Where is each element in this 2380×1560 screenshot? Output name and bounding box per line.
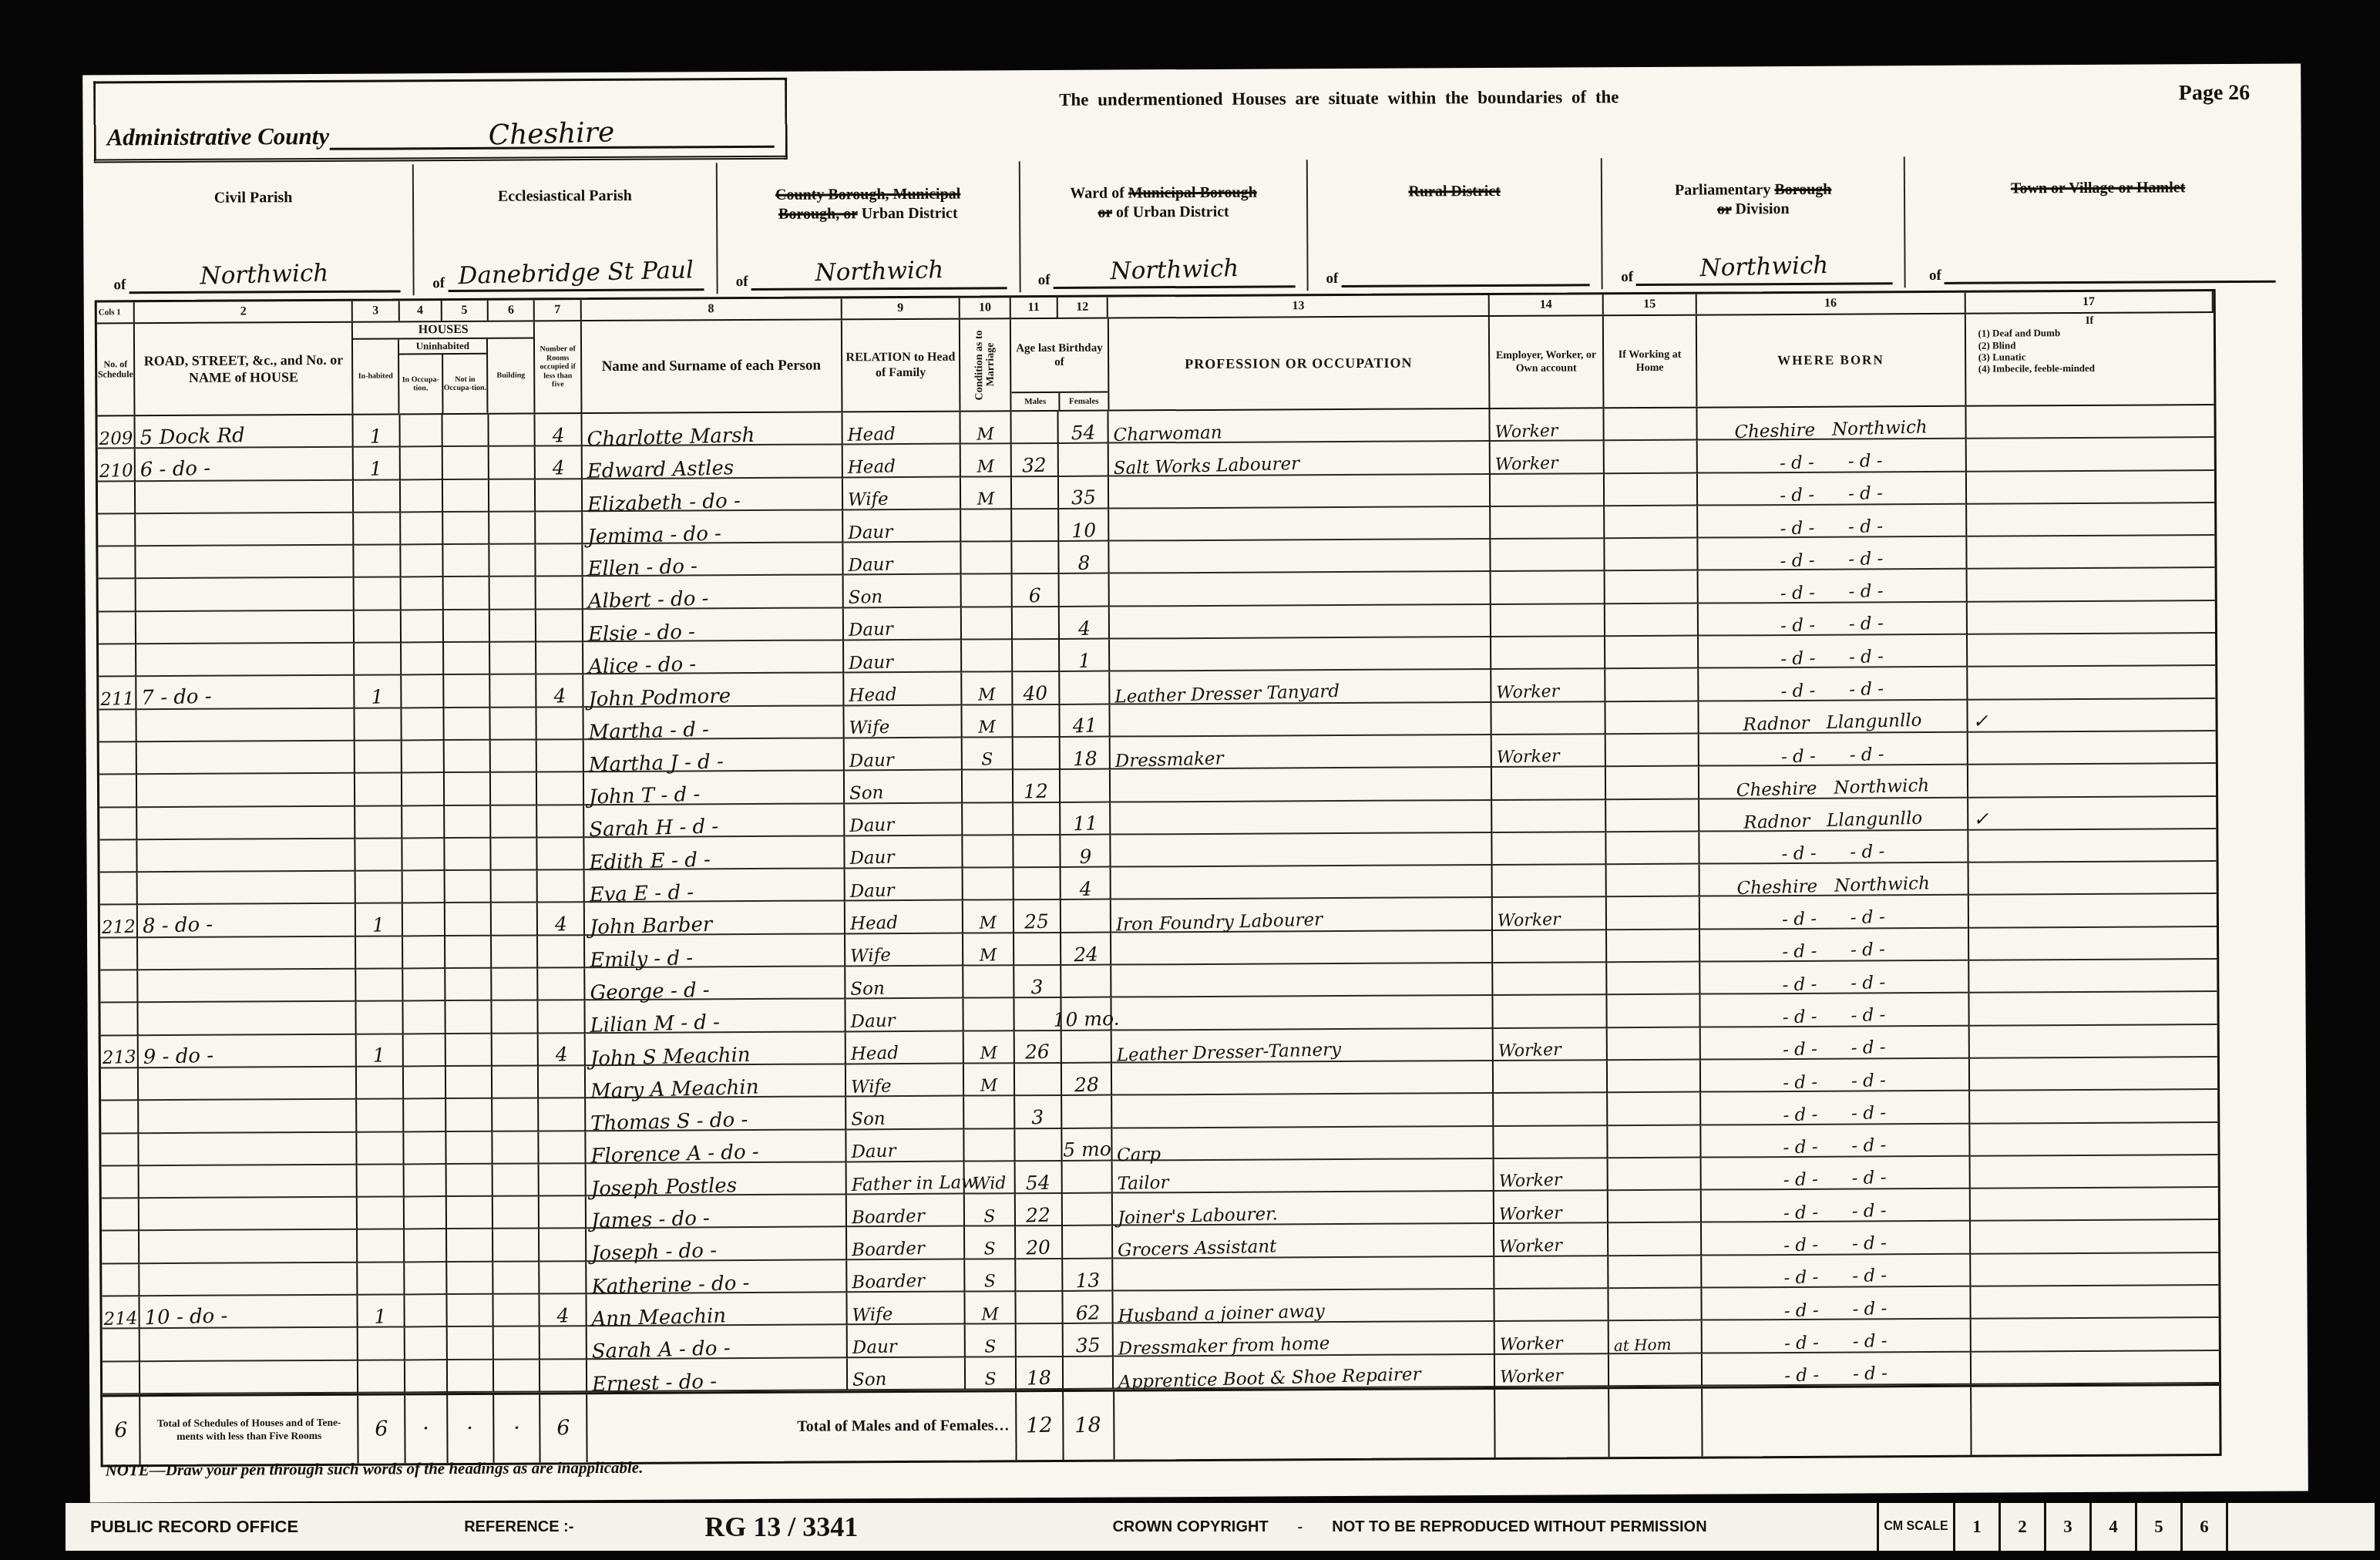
header-working-at-home: If Working at Home bbox=[1604, 316, 1697, 408]
infirmity-cell-value: ✓ bbox=[1973, 812, 1989, 829]
age-male-cell-value: 18 bbox=[1027, 1370, 1051, 1387]
census-rows: 2095 Dock Rd14Charlotte MarshHeadM54Char… bbox=[97, 405, 2219, 1394]
condition-cell bbox=[962, 542, 1013, 575]
district-title: or Division bbox=[1602, 199, 1904, 220]
struck-heading-text: County Borough, Municipal bbox=[775, 186, 960, 203]
district-section-3: Ward of Municipal Boroughor of Urban Dis… bbox=[1019, 160, 1307, 292]
employer-cell bbox=[1493, 963, 1608, 996]
schedule-number-cell: 213 bbox=[101, 1036, 140, 1069]
occupation-cell: Salt Works Labourer bbox=[1109, 442, 1490, 476]
occupation-cell: Apprentice Boot & Shoe Repairer bbox=[1114, 1355, 1494, 1390]
occupation-cell bbox=[1110, 605, 1491, 640]
address-cell bbox=[140, 1262, 358, 1296]
age-male-cell bbox=[1013, 640, 1060, 673]
age-female-cell bbox=[1059, 574, 1110, 607]
uninhabited-not-occupation-cell bbox=[445, 903, 492, 936]
relation-cell: Son bbox=[847, 1357, 966, 1390]
employer-cell-value: Worker bbox=[1499, 1239, 1562, 1256]
employer-cell bbox=[1493, 930, 1608, 963]
uninhabited-in-occupation-cell bbox=[404, 1099, 446, 1132]
cm-scale-end-cell bbox=[2226, 1503, 2375, 1551]
where-born-cell-value: - d - - d - bbox=[1782, 942, 1885, 960]
infirmity-item: (2) Blind bbox=[1968, 338, 2212, 351]
district-header-band: Civil ParishofNorthwichEcclesiastical Pa… bbox=[94, 155, 2291, 298]
where-born-cell: - d - - d - bbox=[1701, 1059, 1970, 1093]
working-at-home-cell bbox=[1607, 995, 1700, 1028]
occupation-cell: Dressmaker bbox=[1111, 735, 1491, 770]
employer-cell bbox=[1491, 702, 1606, 735]
address-cell bbox=[138, 806, 356, 840]
address-cell bbox=[137, 774, 355, 808]
age-female-cell: 5 mo bbox=[1062, 1128, 1113, 1162]
condition-cell: M bbox=[963, 933, 1014, 967]
inhabited-cell bbox=[357, 969, 404, 1002]
schedule-number-cell: 212 bbox=[100, 906, 139, 939]
condition-cell-value: S bbox=[984, 1372, 997, 1387]
where-born-cell: - d - - d - bbox=[1701, 1091, 1970, 1125]
occupation-cell: Joiner's Labourer. bbox=[1113, 1192, 1494, 1226]
column-number-15: 15 bbox=[1604, 294, 1697, 315]
where-born-cell-value: - d - - d - bbox=[1783, 1268, 1887, 1286]
struck-heading-text: Municipal Borough bbox=[1128, 184, 1257, 202]
employer-cell: Worker bbox=[1495, 1354, 1610, 1387]
where-born-cell-value: Radnor Llangunllo bbox=[1743, 811, 1922, 832]
uninhabited-not-occupation-cell bbox=[447, 1262, 494, 1295]
address-cell bbox=[140, 1100, 358, 1134]
administrative-county-value: Cheshire bbox=[489, 120, 616, 149]
rooms-cell: 4 bbox=[536, 414, 583, 447]
inhabited-cell bbox=[355, 708, 402, 741]
infirmity-cell bbox=[1971, 1220, 2218, 1254]
rooms-cell bbox=[537, 708, 584, 741]
relation-cell: Son bbox=[845, 967, 964, 1000]
occupation-cell bbox=[1113, 1127, 1494, 1162]
where-born-cell: - d - - d - bbox=[1698, 472, 1967, 506]
inhabited-cell: 1 bbox=[354, 448, 401, 481]
relation-cell-value: Wife bbox=[850, 1078, 891, 1095]
where-born-cell-value: - d - - d - bbox=[1784, 1366, 1888, 1384]
employer-cell bbox=[1494, 1093, 1609, 1126]
condition-cell: S bbox=[963, 738, 1014, 771]
rooms-cell bbox=[537, 740, 584, 773]
condition-cell-value: M bbox=[978, 720, 996, 735]
age-male-cell: 12 bbox=[1014, 770, 1061, 803]
administrative-county-box: Administrative County Cheshire bbox=[93, 78, 788, 163]
rooms-cell-value: 4 bbox=[556, 1307, 569, 1325]
building-cell bbox=[493, 1197, 540, 1230]
uninhabited-in-occupation-cell bbox=[405, 1230, 447, 1263]
occupation-cell bbox=[1114, 1257, 1494, 1292]
person-name-cell: Sarah A - do - bbox=[587, 1326, 847, 1360]
infirmity-cell-value: ✓ bbox=[1972, 714, 1988, 731]
age-male-cell: 18 bbox=[1017, 1357, 1064, 1390]
occupation-cell-value: Joiner's Labourer. bbox=[1118, 1206, 1279, 1226]
where-born-cell: Radnor Llangunllo bbox=[1699, 700, 1968, 734]
condition-cell-value: S bbox=[984, 1242, 997, 1257]
column-number-8: 8 bbox=[581, 298, 842, 320]
occupation-cell-value: Grocers Assistant bbox=[1118, 1239, 1277, 1259]
infirmity-cell bbox=[1968, 829, 2216, 863]
address-cell bbox=[138, 839, 356, 873]
cm-scale-ruler: CM SCALE 123456 bbox=[1877, 1503, 2375, 1551]
inhabited-cell bbox=[356, 936, 403, 970]
uninhabited-not-occupation-cell bbox=[444, 773, 491, 806]
where-born-cell: - d - - d - bbox=[1699, 635, 1968, 669]
district-value-underline: Northwich bbox=[751, 261, 1007, 291]
condition-cell-value: S bbox=[983, 1209, 996, 1225]
relation-cell-value: Boarder bbox=[852, 1273, 925, 1291]
age-female-cell-value: 1 bbox=[1077, 652, 1090, 670]
district-title: Civil Parish bbox=[94, 187, 412, 208]
age-male-cell bbox=[1014, 835, 1061, 869]
condition-cell: M bbox=[966, 1292, 1017, 1325]
where-born-cell-value: - d - - d - bbox=[1782, 844, 1885, 862]
working-at-home-cell bbox=[1608, 1027, 1701, 1061]
person-name-cell: James - do - bbox=[587, 1195, 847, 1229]
rooms-cell bbox=[539, 1000, 586, 1034]
where-born-cell: - d - - d - bbox=[1699, 733, 1968, 767]
schedule-number-cell bbox=[99, 742, 138, 775]
rooms-cell bbox=[538, 805, 585, 839]
inhabited-cell-value: 1 bbox=[370, 428, 382, 445]
rooms-cell bbox=[538, 870, 585, 903]
condition-cell-value: M bbox=[980, 1046, 998, 1061]
rooms-cell bbox=[536, 610, 583, 643]
heading-text: of Urban District bbox=[1112, 203, 1229, 221]
age-male-cell bbox=[1014, 802, 1061, 835]
uninhabited-not-occupation-cell bbox=[447, 1229, 494, 1262]
header-age-group: Age last Birthday of Males Females bbox=[1011, 319, 1109, 411]
inhabited-cell bbox=[357, 1002, 404, 1035]
uninhabited-not-occupation-cell bbox=[445, 805, 492, 839]
rooms-cell bbox=[540, 1326, 587, 1360]
where-born-cell: - d - - d - bbox=[1698, 570, 1967, 603]
condition-cell-value: M bbox=[980, 1079, 998, 1094]
address-cell bbox=[139, 1067, 357, 1101]
address-cell: 6 - do - bbox=[136, 448, 354, 482]
schedule-number-cell bbox=[101, 1068, 140, 1101]
where-born-cell-value: - d - - d - bbox=[1780, 453, 1883, 472]
relation-cell-value: Daur bbox=[850, 1013, 895, 1030]
uninhabited-not-occupation-cell bbox=[443, 577, 490, 610]
district-title: Town or Village or Hamlet bbox=[1905, 178, 2291, 200]
schedule-number-cell bbox=[100, 872, 139, 906]
building-cell bbox=[491, 805, 538, 839]
building-cell bbox=[489, 447, 536, 480]
district-value-underline bbox=[1341, 257, 1589, 287]
employer-cell-value: Worker bbox=[1498, 1043, 1561, 1060]
person-name-cell: Joseph Postles bbox=[586, 1162, 846, 1196]
address-cell: 7 - do - bbox=[137, 676, 355, 710]
building-cell bbox=[489, 512, 536, 545]
infirmity-cell bbox=[1966, 405, 2214, 439]
where-born-cell: Cheshire Northwich bbox=[1699, 765, 1968, 799]
building-cell bbox=[494, 1360, 541, 1393]
working-at-home-cell bbox=[1605, 603, 1699, 637]
where-born-cell-value: - d - - d - bbox=[1780, 551, 1884, 570]
working-at-home-cell bbox=[1607, 897, 1700, 930]
address-cell bbox=[136, 578, 355, 612]
where-born-cell-value: Cheshire Northwich bbox=[1736, 778, 1930, 798]
inhabited-cell bbox=[354, 480, 401, 513]
inhabited-cell-value: 1 bbox=[370, 460, 382, 478]
age-female-cell bbox=[1058, 444, 1109, 477]
infirmity-item: (1) Deaf and Dumb bbox=[1968, 326, 2212, 339]
age-female-cell-value: 10 mo. bbox=[1053, 1010, 1120, 1030]
uninhabited-not-occupation-cell bbox=[444, 708, 491, 741]
rooms-cell bbox=[536, 642, 583, 675]
uninhabited-in-occupation-cell bbox=[404, 1067, 446, 1100]
age-female-cell: 4 bbox=[1059, 607, 1110, 640]
rooms-cell bbox=[540, 1360, 587, 1393]
relation-cell-value: Daur bbox=[852, 1339, 896, 1356]
person-name-cell: Charlotte Marsh bbox=[582, 412, 842, 446]
occupation-cell bbox=[1111, 703, 1491, 738]
column-number-12: 12 bbox=[1057, 298, 1108, 318]
address-cell-value: 5 Dock Rd bbox=[140, 427, 246, 448]
schedule-number-cell: 214 bbox=[102, 1296, 140, 1330]
uninhabited-not-occupation-cell bbox=[443, 513, 490, 546]
age-male-cell bbox=[1012, 509, 1059, 543]
building-cell bbox=[492, 936, 539, 969]
address-cell: 8 - do - bbox=[138, 904, 356, 938]
rooms-cell: 4 bbox=[538, 903, 585, 936]
building-cell bbox=[493, 1294, 540, 1327]
age-male-cell bbox=[1013, 542, 1060, 575]
uninhabited-not-occupation-cell bbox=[444, 741, 491, 774]
rooms-cell bbox=[536, 479, 583, 513]
administrative-county-label: Administrative County bbox=[107, 123, 330, 152]
where-born-cell: - d - - d - bbox=[1698, 505, 1967, 539]
district-value-underline: Danebridge St Paul bbox=[448, 262, 704, 292]
district-title: Rural District bbox=[1308, 181, 1601, 202]
where-born-cell: - d - - d - bbox=[1699, 667, 1968, 701]
person-name-cell: Ellen - do - bbox=[583, 543, 843, 577]
column-number-10: 10 bbox=[960, 298, 1011, 318]
age-female-cell bbox=[1061, 770, 1111, 803]
age-female-cell: 8 bbox=[1059, 542, 1110, 575]
occupation-cell bbox=[1110, 507, 1491, 542]
condition-cell bbox=[962, 640, 1013, 673]
where-born-cell-value: - d - - d - bbox=[1781, 681, 1884, 700]
working-at-home-cell bbox=[1608, 1125, 1701, 1158]
header-building: Building bbox=[488, 338, 534, 412]
relation-cell-value: Daur bbox=[849, 752, 893, 769]
district-title: Ecclesiastical Parish bbox=[414, 186, 715, 207]
address-cell-value: 9 - do - bbox=[143, 1047, 214, 1067]
crown-copyright-label: CROWN COPYRIGHT bbox=[1112, 1518, 1268, 1536]
heading-text: Division bbox=[1732, 200, 1790, 217]
where-born-cell-value: - d - - d - bbox=[1783, 1170, 1887, 1188]
schedule-number-cell-value: 214 bbox=[103, 1310, 137, 1327]
age-female-cell: 62 bbox=[1063, 1292, 1114, 1325]
header-males: Males bbox=[1012, 393, 1061, 410]
where-born-cell-value: - d - - d - bbox=[1783, 1072, 1886, 1091]
district-title: Ward of Municipal Borough bbox=[1020, 183, 1306, 203]
relation-cell-value: Wife bbox=[852, 1306, 892, 1323]
reproduction-notice: NOT TO BE REPRODUCED WITHOUT PERMISSION bbox=[1332, 1518, 1706, 1536]
uninhabited-in-occupation-cell bbox=[403, 936, 445, 970]
relation-cell-value: Son bbox=[848, 590, 882, 607]
occupation-cell bbox=[1112, 996, 1493, 1030]
working-at-home-cell bbox=[1605, 637, 1699, 670]
condition-cell-value: M bbox=[977, 492, 995, 507]
building-cell bbox=[489, 545, 536, 578]
inhabited-cell: 1 bbox=[356, 904, 403, 937]
working-at-home-cell bbox=[1605, 539, 1698, 572]
infirmity-cell bbox=[1967, 601, 2214, 635]
working-at-home-cell bbox=[1605, 441, 1698, 474]
inhabited-cell bbox=[355, 578, 402, 611]
infirmity-cell bbox=[1967, 536, 2214, 570]
struck-heading-text: or bbox=[1098, 204, 1113, 221]
age-female-cell: 18 bbox=[1060, 738, 1111, 771]
relation-cell: Daur bbox=[845, 999, 964, 1032]
occupation-cell: Leather Dresser-Tannery bbox=[1112, 1029, 1493, 1064]
occupation-cell-value: Leather Dresser-Tannery bbox=[1117, 1042, 1342, 1064]
age-female-cell-value: 9 bbox=[1079, 848, 1091, 866]
schedule-number-cell-value: 213 bbox=[103, 1050, 136, 1067]
uninhabited-in-occupation-cell bbox=[402, 773, 445, 806]
uninhabited-not-occupation-cell bbox=[447, 1295, 494, 1328]
inhabited-cell: 1 bbox=[357, 1034, 404, 1067]
employer-cell-value: Worker bbox=[1498, 1173, 1561, 1190]
address-cell bbox=[140, 1328, 358, 1362]
rooms-cell: 4 bbox=[539, 1034, 586, 1067]
person-name-cell: Eva E - d - bbox=[584, 869, 845, 903]
person-name-cell: Thomas S - do - bbox=[586, 1098, 846, 1131]
person-name-cell: John S Meachin bbox=[585, 1032, 845, 1066]
working-at-home-cell bbox=[1609, 1223, 1702, 1256]
age-female-cell-value: 54 bbox=[1071, 424, 1095, 442]
district-value-underline bbox=[1945, 254, 2276, 284]
employer-cell bbox=[1491, 539, 1605, 572]
person-name-cell: Edith E - d - bbox=[584, 836, 845, 870]
census-table: Cols 1234567891011121314151617 No. of Sc… bbox=[95, 289, 2222, 1467]
age-female-cell bbox=[1062, 1194, 1113, 1227]
uninhabited-in-occupation-cell bbox=[400, 415, 442, 448]
district-value: Danebridge St Paul bbox=[458, 260, 694, 287]
age-female-cell-value: 24 bbox=[1073, 946, 1098, 963]
relation-cell: Daur bbox=[845, 869, 963, 902]
relation-cell-value: Daur bbox=[848, 622, 892, 639]
person-name-cell: Martha - d - bbox=[583, 706, 844, 740]
building-cell bbox=[492, 1034, 540, 1067]
employer-cell: Worker bbox=[1494, 1322, 1609, 1355]
working-at-home-cell bbox=[1609, 1191, 1702, 1224]
building-cell bbox=[494, 1327, 541, 1360]
person-name-cell: Alice - do - bbox=[583, 640, 844, 674]
person-name-cell: Mary A Meachin bbox=[586, 1064, 846, 1098]
condition-cell: M bbox=[961, 412, 1012, 445]
employer-cell-value: Worker bbox=[1494, 456, 1558, 472]
district-section-2: County Borough, MunicipalBorough, or Urb… bbox=[715, 161, 1019, 294]
employer-cell: Worker bbox=[1494, 1158, 1609, 1192]
condition-cell-value: Wid bbox=[973, 1176, 1007, 1192]
inhabited-cell bbox=[358, 1165, 405, 1198]
address-cell bbox=[136, 513, 355, 547]
header-condition: Condition as to Marriage bbox=[960, 319, 1012, 410]
age-female-cell-value: 4 bbox=[1077, 620, 1090, 637]
condition-cell bbox=[962, 607, 1013, 640]
uninhabited-in-occupation-cell bbox=[402, 741, 444, 774]
building-cell bbox=[493, 1164, 540, 1197]
address-cell: 5 Dock Rd bbox=[136, 415, 354, 449]
working-at-home-cell-value: at Hom bbox=[1614, 1337, 1672, 1353]
infirmity-cell bbox=[1967, 569, 2214, 603]
infirmity-cell bbox=[1969, 1025, 2217, 1059]
where-born-cell: - d - - d - bbox=[1703, 1320, 1972, 1353]
of-label: of bbox=[1929, 267, 1941, 284]
age-male-cell-value: 12 bbox=[1024, 783, 1048, 801]
where-born-cell: - d - - d - bbox=[1699, 831, 1968, 865]
uninhabited-in-occupation-cell bbox=[403, 1034, 445, 1067]
inhabited-cell bbox=[355, 546, 402, 579]
header-schedule: No. of Schedule bbox=[97, 324, 136, 415]
person-name-cell-value: Ernest - do - bbox=[592, 1373, 718, 1394]
column-number-11: 11 bbox=[1011, 298, 1058, 318]
employer-cell bbox=[1491, 637, 1606, 670]
employer-cell bbox=[1492, 767, 1607, 800]
census-scan-page: { "page": { "admin_label": "Administrati… bbox=[0, 0, 2380, 1560]
age-male-cell-value: 25 bbox=[1024, 913, 1049, 931]
age-female-cell: 41 bbox=[1060, 704, 1111, 738]
relation-cell: Son bbox=[846, 1097, 965, 1130]
district-section-6: Town or Village or Hamletof bbox=[1904, 155, 2291, 288]
condition-cell bbox=[963, 835, 1014, 869]
working-at-home-cell bbox=[1607, 963, 1700, 996]
uninhabited-in-occupation-cell bbox=[405, 1295, 447, 1328]
employer-cell bbox=[1491, 474, 1605, 507]
inhabited-cell bbox=[358, 1198, 405, 1231]
inhabited-cell bbox=[357, 1067, 404, 1100]
totals-building-cell: · bbox=[494, 1394, 541, 1462]
person-name-cell: Edward Astles bbox=[582, 445, 842, 479]
age-male-cell bbox=[1012, 477, 1059, 510]
condition-cell: S bbox=[966, 1357, 1017, 1390]
where-born-cell-value: - d - - d - bbox=[1780, 583, 1884, 602]
inhabited-cell bbox=[358, 1328, 405, 1361]
address-cell bbox=[136, 644, 355, 677]
relation-cell-value: Wife bbox=[847, 492, 888, 509]
schedule-number-cell bbox=[99, 710, 137, 743]
age-female-cell: 11 bbox=[1061, 802, 1111, 835]
occupation-cell-value: Apprentice Boot & Shoe Repairer bbox=[1118, 1367, 1421, 1391]
rooms-cell bbox=[540, 1229, 587, 1262]
occupation-cell-value: Salt Works Labourer bbox=[1114, 456, 1300, 477]
condition-cell bbox=[965, 1129, 1016, 1162]
occupation-cell bbox=[1110, 572, 1491, 607]
condition-cell: S bbox=[965, 1227, 1016, 1260]
age-male-cell: 3 bbox=[1014, 966, 1061, 999]
age-female-cell: 10 mo. bbox=[1061, 998, 1112, 1031]
age-female-cell: 13 bbox=[1063, 1259, 1114, 1292]
uninhabited-in-occupation-cell bbox=[403, 1001, 445, 1034]
relation-cell-value: Son bbox=[849, 785, 883, 802]
relation-cell: Boarder bbox=[847, 1259, 966, 1293]
age-female-cell: 10 bbox=[1059, 509, 1110, 542]
building-cell bbox=[490, 577, 537, 610]
column-number-17: 17 bbox=[1965, 291, 2213, 313]
infirmity-item: (3) Lunatic bbox=[1968, 350, 2212, 363]
where-born-cell-value: - d - - d - bbox=[1780, 649, 1884, 667]
where-born-cell-value: - d - - d - bbox=[1781, 747, 1884, 765]
age-male-cell: 22 bbox=[1016, 1194, 1063, 1227]
uninhabited-in-occupation-cell bbox=[402, 675, 444, 708]
where-born-cell-value: - d - - d - bbox=[1780, 486, 1883, 504]
person-name-cell: Sarah H - d - bbox=[584, 804, 845, 838]
uninhabited-in-occupation-cell bbox=[402, 904, 445, 937]
